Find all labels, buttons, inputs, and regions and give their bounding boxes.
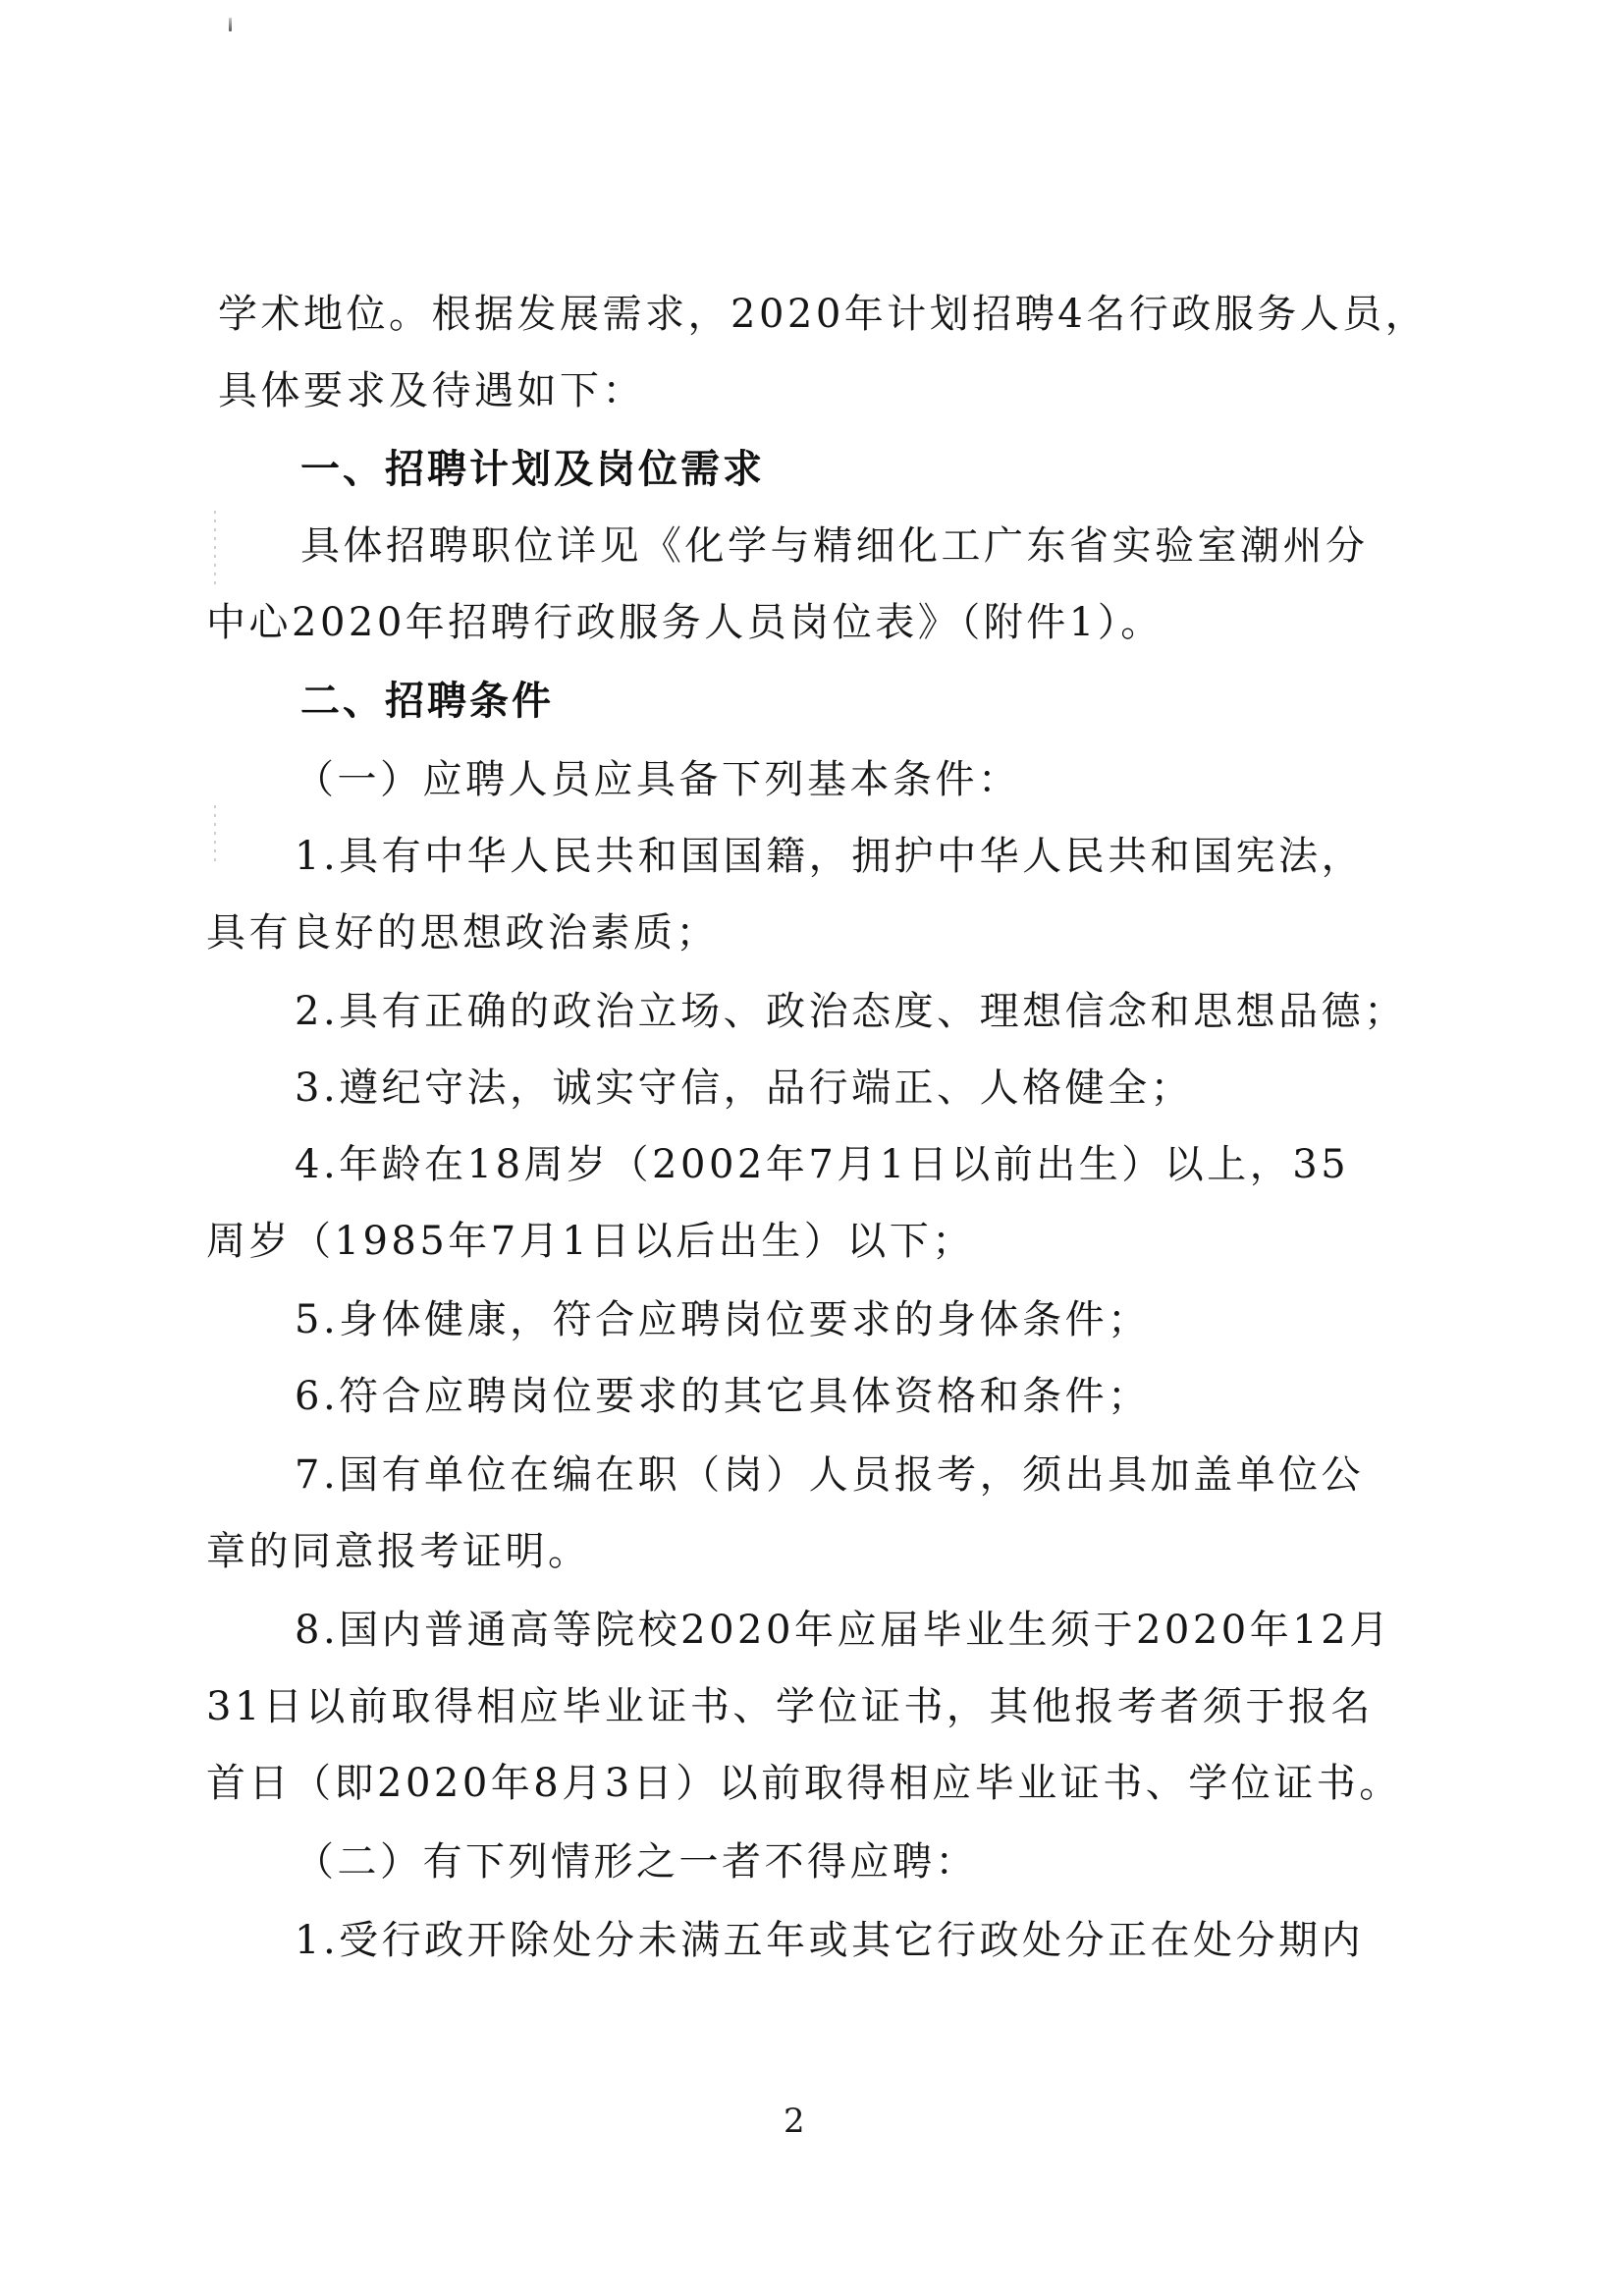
paragraph-line: 具有良好的思想政治素质； — [206, 909, 719, 957]
list-item: 2.具有正确的政治立场、政治态度、理想信念和思想品德； — [295, 988, 1407, 1035]
list-item: 1.具有中华人民共和国国籍，拥护中华人民共和国宪法， — [295, 833, 1364, 880]
subsection-heading: （二）有下列情形之一者不得应聘： — [295, 1838, 978, 1886]
paragraph-line: 学术地位。根据发展需求，2020年计划招聘4名行政服务人员， — [218, 291, 1428, 338]
scan-artifact — [214, 511, 216, 589]
list-item: 5.身体健康，符合应聘岗位要求的身体条件； — [295, 1296, 1151, 1343]
subsection-heading: （一）应聘人员应具备下列基本条件： — [295, 756, 1021, 803]
scan-artifact — [214, 805, 216, 864]
paragraph-line: 具体要求及待遇如下： — [218, 367, 645, 414]
list-item: 4.年龄在18周岁（2002年7月1日以前出生）以上，35 — [295, 1141, 1349, 1188]
paragraph-line: 31日以前取得相应毕业证书、学位证书，其他报考者须于报名 — [206, 1683, 1374, 1730]
section-heading-1: 一、招聘计划及岗位需求 — [300, 446, 765, 493]
scan-artifact — [229, 18, 232, 31]
document-page: 学术地位。根据发展需求，2020年计划招聘4名行政服务人员， 具体要求及待遇如下… — [0, 0, 1623, 2296]
list-item: 1.受行政开除处分未满五年或其它行政处分正在处分期内 — [295, 1917, 1364, 1964]
paragraph-line: 具体招聘职位详见《化学与精细化工广东省实验室潮州分 — [300, 522, 1369, 570]
list-item: 3.遵纪守法，诚实守信，品行端正、人格健全； — [295, 1065, 1193, 1112]
list-item: 8.国内普通高等院校2020年应届毕业生须于2020年12月 — [295, 1607, 1392, 1654]
list-item: 7.国有单位在编在职（岗）人员报考，须出具加盖单位公 — [295, 1451, 1364, 1499]
paragraph-line: 章的同意报考证明。 — [206, 1528, 591, 1575]
paragraph-line: 周岁（1985年7月1日以后出生）以下； — [206, 1218, 975, 1265]
paragraph-line: 首日（即2020年8月3日）以前取得相应毕业证书、学位证书。 — [206, 1760, 1402, 1807]
list-item: 6.符合应聘岗位要求的其它具体资格和条件； — [295, 1373, 1151, 1420]
section-heading-2: 二、招聘条件 — [300, 678, 554, 725]
paragraph-line: 中心2020年招聘行政服务人员岗位表》（附件1）。 — [206, 599, 1163, 646]
page-number: 2 — [784, 2102, 805, 2141]
